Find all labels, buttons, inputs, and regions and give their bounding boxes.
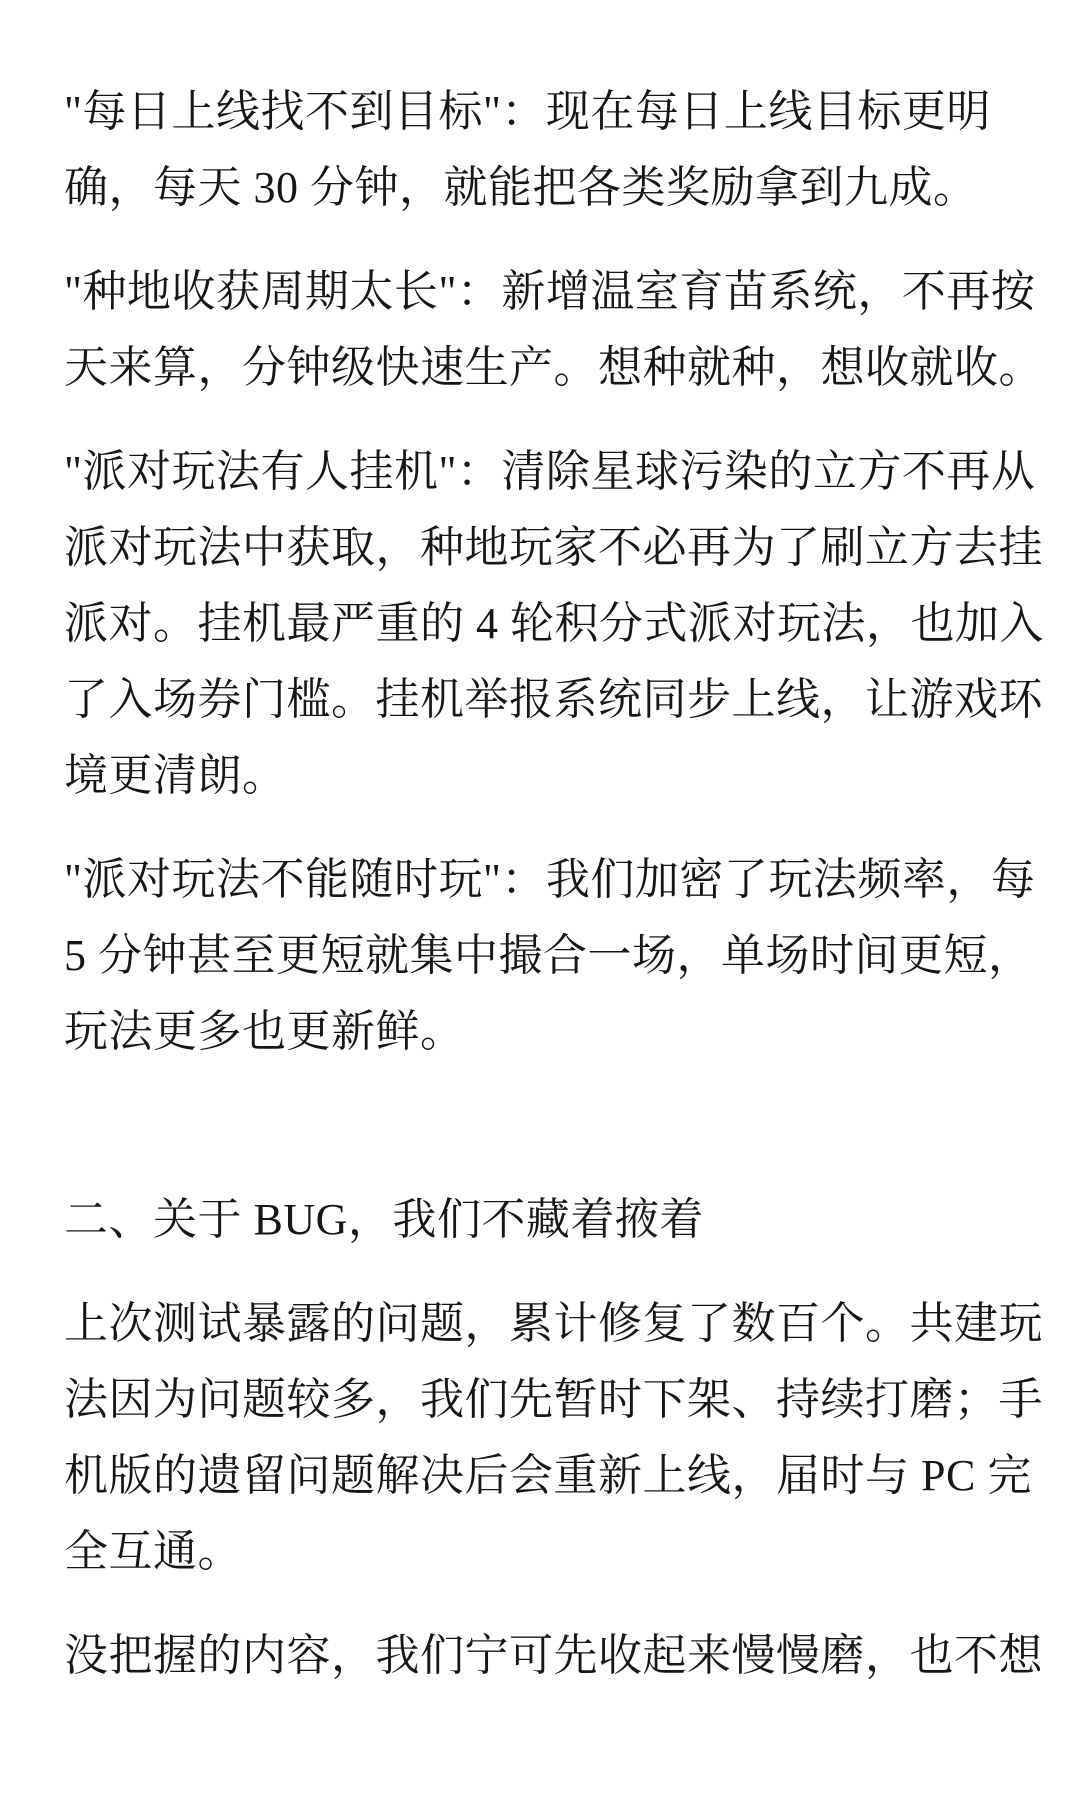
text-line: "派对玩法不能随时玩"：我们加密了玩法频率，每: [64, 842, 1018, 918]
paragraph-party-afk: "派对玩法有人挂机"：清除星球污染的立方不再从 派对玩法中获取，种地玩家不必再为…: [64, 434, 1018, 814]
paragraph-unready-content: 没把握的内容，我们宁可先收起来慢慢磨，也不想: [64, 1618, 1018, 1694]
paragraph-farming-cycle: "种地收获周期太长"：新增温室育苗系统，不再按 天来算，分钟级快速生产。想种就种…: [64, 254, 1018, 406]
text-line: "派对玩法有人挂机"：清除星球污染的立方不再从: [64, 434, 1018, 510]
text-line: 法因为问题较多，我们先暂时下架、持续打磨；手: [64, 1362, 1018, 1438]
text-line: 境更清朗。: [64, 738, 1018, 814]
text-line: 派对。挂机最严重的 4 轮积分式派对玩法，也加入: [64, 586, 1018, 662]
section-heading-bug: 二、关于 BUG，我们不藏着掖着: [64, 1182, 1018, 1258]
text-line: 确，每天 30 分钟，就能把各类奖励拿到九成。: [64, 150, 1018, 226]
text-line: 上次测试暴露的问题，累计修复了数百个。共建玩: [64, 1286, 1018, 1362]
article-page: "每日上线找不到目标"：现在每日上线目标更明 确，每天 30 分钟，就能把各类奖…: [0, 0, 1080, 1800]
text-line: 玩法更多也更新鲜。: [64, 994, 1018, 1070]
paragraph-party-frequency: "派对玩法不能随时玩"：我们加密了玩法频率，每 5 分钟甚至更短就集中撮合一场，…: [64, 842, 1018, 1070]
text-line: 机版的遗留问题解决后会重新上线，届时与 PC 完: [64, 1438, 1018, 1514]
text-line: 派对玩法中获取，种地玩家不必再为了刷立方去挂: [64, 510, 1018, 586]
text-line: "每日上线找不到目标"：现在每日上线目标更明: [64, 74, 1018, 150]
text-line: 全互通。: [64, 1514, 1018, 1590]
text-line: 没把握的内容，我们宁可先收起来慢慢磨，也不想: [64, 1618, 1018, 1694]
text-line: 了入场券门槛。挂机举报系统同步上线，让游戏环: [64, 662, 1018, 738]
paragraph-bug-fixes: 上次测试暴露的问题，累计修复了数百个。共建玩 法因为问题较多，我们先暂时下架、持…: [64, 1286, 1018, 1590]
text-line: "种地收获周期太长"：新增温室育苗系统，不再按: [64, 254, 1018, 330]
text-line: 天来算，分钟级快速生产。想种就种，想收就收。: [64, 330, 1018, 406]
text-line: 5 分钟甚至更短就集中撮合一场，单场时间更短，: [64, 918, 1018, 994]
paragraph-daily-goals: "每日上线找不到目标"：现在每日上线目标更明 确，每天 30 分钟，就能把各类奖…: [64, 74, 1018, 226]
